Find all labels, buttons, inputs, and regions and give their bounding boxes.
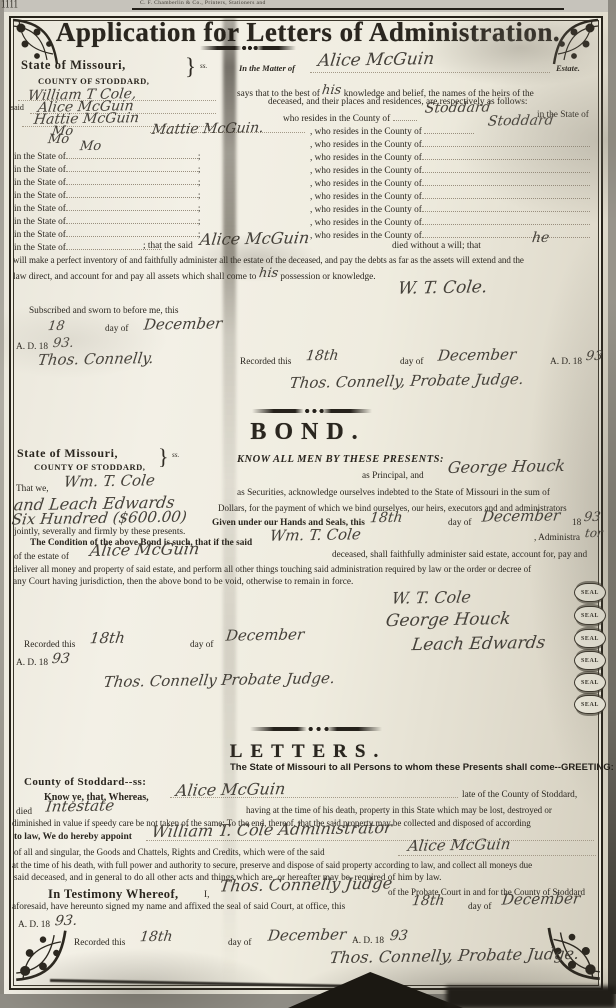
testimony-label: In Testimony Whereof, [48,888,179,901]
letters-title: LETTERS. [0,742,616,761]
seal-stamp: SEAL [574,673,606,692]
resides-2-value: Stoddard [487,113,554,128]
estate-label: Estate. [556,64,580,73]
letters-goods-line: of all and singular, the Goods and Chatt… [14,848,325,857]
bond-given-18: 18 [572,519,581,528]
bond-recorded-day: 18th [89,631,126,647]
state-row-blank: in the State of; [14,201,201,214]
seal-stamp: SEAL [574,651,606,670]
state-row-blank: in the State of; [14,188,201,201]
app-para-2: law direct, and account for and pay all … [13,269,376,282]
bond-surety-1: Wm. T. Cole [63,473,156,490]
bond-given-year: 93 [583,511,601,524]
app-recorded-year: 93 [585,350,603,363]
app-recorded-ad: A. D. 18 [550,358,582,367]
letters-ad-year: 93. [54,914,78,928]
letters-late-of: late of the County of Stoddard, [462,791,577,800]
seal-label: SEAL [581,658,599,664]
died-post: died without a will; that [392,242,481,251]
matter-label: In the Matter of [239,64,295,73]
blank-rule [393,111,417,121]
app-state-label: State of Missouri, [21,59,126,72]
bond-judge-signature: Thos. Connelly Probate Judge. [103,671,336,690]
seal-label: SEAL [581,702,599,708]
matter-rule [310,72,550,73]
state-row-1-value: Mo [79,140,102,153]
blank-rule [424,124,474,134]
bond-jointly-line: jointly, severally and firmly by these p… [14,528,185,537]
letters-power-line: at the time of his death, with full powe… [12,861,532,870]
bond-given-month: December [481,508,561,524]
bond-recorded-label: Recorded this [24,641,75,650]
bond-signature-1: W. T. Cole [391,589,472,606]
app-recorded-day: 18th [305,349,339,364]
sworn-day: 18 [47,320,65,333]
heir-name-3: Hattie McGuin [33,111,140,127]
seal-label: SEAL [581,680,599,686]
testimony-judge-name: Thos. Connelly Judge [219,876,393,895]
state-row-blank: in the State of; [14,227,201,240]
bond-securities-line: as Securities, acknowledge ourselves ind… [237,489,550,498]
letters-having-line: having at the time of his death, propert… [246,806,552,815]
app-judge-signature: Thos. Connelly, Probate Judge. [289,372,525,391]
app-recorded-dayof: day of [400,358,424,367]
letters-goods-name: Alice McGuin [407,837,511,854]
matter-name: Alice McGuin [317,51,435,70]
para2-pre: law direct, and account for and pay all … [13,272,256,282]
applicant-signature: W. T. Cole. [397,279,488,298]
bond-county-label: COUNTY OF STODDARD, [34,463,145,472]
app-ss-label: ss. [200,63,207,70]
testimony-month: December [501,891,581,907]
title-divider [200,46,296,50]
testimony-day: 18th [411,894,445,909]
seal-stamp: SEAL [574,629,606,648]
resides-label: who resides in the County of [283,114,390,124]
letters-greeting: The State of Missouri to all Persons to … [230,763,614,773]
app-ad-year: 93. [52,337,74,350]
bond-given-day: 18th [369,511,403,526]
bond-ad-year: 93 [51,652,71,666]
resides-row-blank: , who resides in the County of [310,202,590,215]
bond-estate-of: of the estate of [14,553,69,562]
corner-ornament-bottom-left-icon [14,922,72,984]
right-photo-edge [608,0,616,1008]
letters-recorded-year: 93 [389,929,409,943]
para2-hw: his [258,267,279,280]
resides-row-blank: , who resides in the County of [310,189,590,202]
heir-name-mattie: Mattie McGuin. [151,121,264,137]
bond-title: BOND. [0,420,616,444]
letters-recorded-month: December [267,927,347,943]
said-label: said [11,104,24,112]
bond-deliver-line: deliver all money and property of said e… [13,565,531,574]
seal-stamp: SEAL [574,583,606,602]
seal-label: SEAL [581,590,599,596]
resides-1-value: Stoddard [424,100,491,115]
para2-post: possession or knowledge. [280,272,375,282]
bond-ad-label: A. D. 18 [16,659,48,668]
best-hw: his [321,84,342,97]
app-recorded-month: December [437,347,517,363]
died-pre: ; that the said [143,242,193,251]
resides-row-2: , who resides in the County of [310,124,474,137]
app-recorded-label: Recorded this [240,358,291,367]
app-ss-brace: } [185,55,196,78]
state-row-1: in the State of; [14,149,201,162]
seal-label: SEAL [581,613,599,619]
resides-label: , who resides in the County of [310,127,422,137]
bond-court-line: any Court having jurisdiction, then the … [13,578,353,587]
letters-county-ss: County of Stoddard--ss: [24,777,146,788]
bond-ss-label: ss. [172,452,179,459]
bond-signature-3: Leach Edwards [411,635,546,654]
letters-died-label: died [16,808,32,817]
letters-appoint-pre: to law, We do hereby appoint [14,833,132,843]
letters-recorded-label: Recorded this [74,939,125,948]
bond-estate-post: deceased, shall faithfully administer sa… [332,551,587,560]
bond-that-we: That we, [16,485,49,494]
scanned-document-photo: 1111 C. F. Chamberlin & Co., Printers, S… [0,0,616,1008]
bond-state-label: State of Missouri, [17,447,118,459]
letters-ad-label: A. D. 18 [18,921,50,930]
seal-stamp: SEAL [574,695,606,714]
testimony-dayof: day of [468,903,492,912]
app-para-1: will make a perfect inventory of and fai… [13,256,524,265]
bond-signature-2: George Houck [385,611,512,630]
bond-administra: , Administra [534,534,580,543]
bond-principal-name: George Houck [447,458,566,476]
bond-principal-pre: as Principal, and [362,472,424,481]
letters-recorded-day: 18th [139,930,173,945]
application-title: Application for Letters of Administratio… [0,19,616,46]
bond-recorded-dayof: day of [190,641,214,650]
letters-recorded-ad: A. D. 18 [352,937,384,946]
resides-row-blank: , who resides in the County of [310,150,590,163]
resides-row-1: who resides in the County of [283,111,417,124]
margin-mark: 1111 [1,0,18,10]
aforesaid-line: aforesaid, have hereunto signed my name … [12,903,345,912]
died-name: Alice McGuin [199,230,310,248]
sworn-dayof: day of [105,325,129,334]
section-divider-2 [250,727,382,731]
letters-goods-rule [398,855,596,856]
state-mo-standalone: Mo [47,133,70,146]
letters-decedent-rule [170,797,458,798]
letters-appoint-rule [146,840,594,841]
printer-imprint: C. F. Chamberlin & Co., Printers, Statio… [140,1,266,7]
bond-condition-name: Wm. T. Cole [269,527,362,544]
resides-row-blank: , who resides in the County of [310,163,590,176]
testimony-i: I, [204,891,209,900]
section-divider-1 [252,409,372,413]
state-row-blank: in the State of; [14,214,201,227]
resides-row-blank: , who resides in the County of [310,176,590,189]
bond-given-dayof: day of [448,519,472,528]
bond-know-all: KNOW ALL MEN BY THESE PRESENTS: [237,455,444,466]
seal-stamp: SEAL [574,606,606,625]
sworn-month: December [143,316,223,332]
state-row-blank: in the State of; [14,175,201,188]
died-hw: he [531,231,550,245]
letters-appoint-name: William T. Cole Administrator [151,820,393,840]
fold-crease [223,18,236,984]
resides-row-blank: , who resides in the County of [310,137,590,150]
app-county-label: COUNTY OF STODDARD, [38,77,149,86]
state-row-blank: in the State of; [14,162,201,175]
seal-label: SEAL [581,636,599,642]
bond-estate-name: Alice McGuin [89,541,200,559]
letters-judge-signature: Thos. Connelly, Probate Judge. [329,946,580,966]
resides-row-blank: , who resides in the County of [310,215,590,228]
letters-died-hw: Intestate [45,798,115,814]
state-row-blank: in the State of [14,240,162,253]
bond-ss-brace: } [158,446,169,468]
bond-recorded-month: December [225,627,305,643]
bond-administra-hw: tor [584,527,603,539]
bond-sum: Six Hundred ($600.00) [11,509,188,527]
notary-signature: Thos. Connelly. [37,351,155,368]
